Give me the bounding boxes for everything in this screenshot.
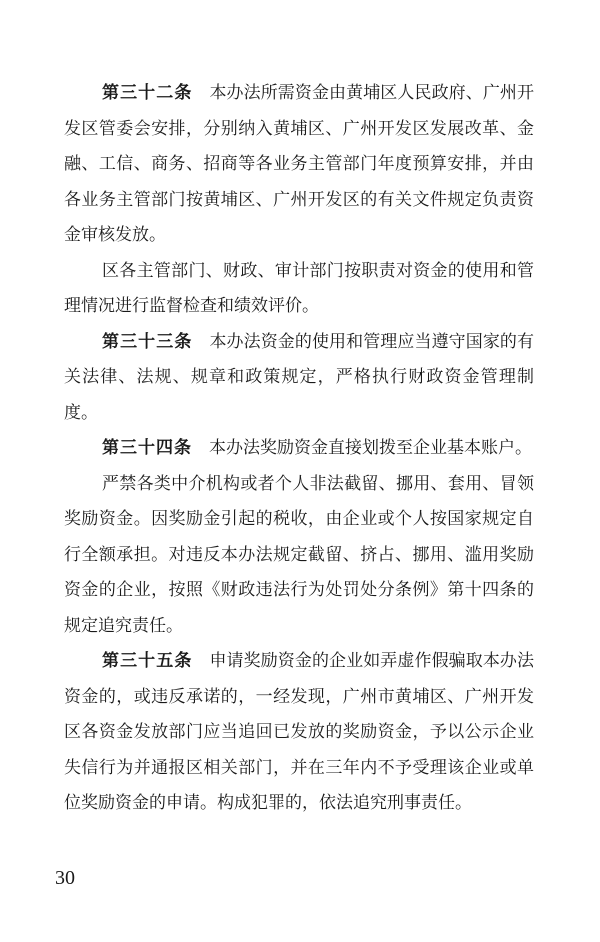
- paragraph-prohibition: 严禁各类中介机构或者个人非法截留、挪用、套用、冒领奖励资金。因奖励金引起的税收，…: [64, 467, 534, 645]
- page-number: 30: [55, 866, 75, 890]
- paragraph-supervision-text: 区各主管部门、财政、审计部门按职责对资金的使用和管理情况进行监督检查和绩效评价。: [64, 261, 534, 317]
- document-body: 第三十二条本办法所需资金由黄埔区人民政府、广州开发区管委会安排，分别纳入黄埔区、…: [64, 76, 534, 822]
- paragraph-supervision: 区各主管部门、财政、审计部门按职责对资金的使用和管理情况进行监督检查和绩效评价。: [64, 254, 534, 325]
- paragraph-prohibition-text: 严禁各类中介机构或者个人非法截留、挪用、套用、冒领奖励资金。因奖励金引起的税收，…: [64, 474, 534, 636]
- article-34-text: 本办法奖励资金直接划拨至企业基本账户。: [209, 438, 532, 458]
- article-33-number: 第三十三条: [102, 332, 192, 352]
- document-page: 第三十二条本办法所需资金由黄埔区人民政府、广州开发区管委会安排，分别纳入黄埔区、…: [0, 0, 600, 942]
- article-35-number: 第三十五条: [102, 651, 192, 671]
- article-32-text: 本办法所需资金由黄埔区人民政府、广州开发区管委会安排，分别纳入黄埔区、广州开发区…: [64, 83, 534, 245]
- paragraph-article-33: 第三十三条本办法资金的使用和管理应当遵守国家的有关法律、法规、规章和政策规定，严…: [64, 325, 534, 432]
- paragraph-article-34: 第三十四条本办法奖励资金直接划拨至企业基本账户。: [64, 431, 534, 467]
- article-35-text: 申请奖励资金的企业如弄虚作假骗取本办法资金的，或违反承诺的，一经发现，广州市黄埔…: [64, 651, 534, 813]
- paragraph-article-32: 第三十二条本办法所需资金由黄埔区人民政府、广州开发区管委会安排，分别纳入黄埔区、…: [64, 76, 534, 254]
- article-34-number: 第三十四条: [102, 438, 192, 458]
- article-32-number: 第三十二条: [102, 83, 192, 103]
- paragraph-article-35: 第三十五条申请奖励资金的企业如弄虚作假骗取本办法资金的，或违反承诺的，一经发现，…: [64, 644, 534, 822]
